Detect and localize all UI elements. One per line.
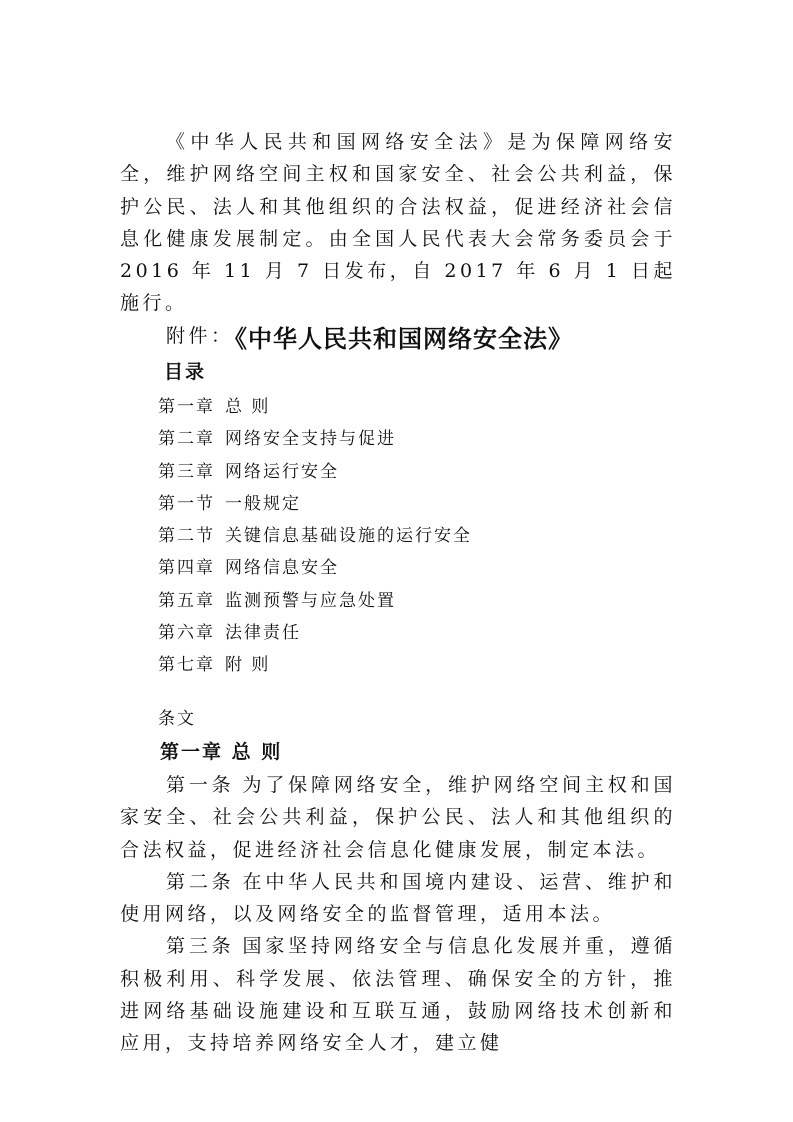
toc-item: 第一节一般规定: [158, 488, 472, 520]
toc-item: 第四章网络信息安全: [158, 552, 472, 584]
articles-label: 条文: [158, 703, 676, 735]
toc-item-title: 监测预警与应急处置: [225, 591, 396, 611]
article: 第二条在中华人民共和国境内建设、运营、维护和使用网络，以及网络安全的监督管理，适…: [120, 866, 676, 931]
article: 第一条为了保障网络安全，维护网络空间主权和国家安全、社会公共利益，保护公民、法人…: [120, 769, 676, 866]
toc-item-title: 一般规定: [225, 494, 301, 514]
table-of-contents: 第一章总 则 第二章网络安全支持与促进 第三章网络运行安全 第一节一般规定 第二…: [158, 391, 472, 682]
toc-item-number: 第五章: [158, 591, 215, 611]
toc-item-title: 附 则: [225, 655, 270, 675]
toc-item-title: 法律责任: [225, 623, 301, 643]
toc-item-title: 网络信息安全: [225, 558, 339, 578]
toc-item-number: 第一章: [158, 397, 215, 417]
article-label: 第三条: [166, 935, 235, 957]
toc-item-number: 第二节: [158, 526, 215, 546]
toc-item-number: 第三章: [158, 462, 215, 482]
article-label: 第二条: [166, 871, 235, 893]
document-page: 《中华人民共和国网络安全法》是为保障网络安全，维护网络空间主权和国家安全、社会公…: [120, 126, 676, 352]
toc-item-number: 第七章: [158, 655, 215, 675]
toc-item-number: 第六章: [158, 623, 215, 643]
toc-item: 第六章法律责任: [158, 617, 472, 649]
toc-item-number: 第二章: [158, 429, 215, 449]
articles-section: 条文 第一章 总 则 第一条为了保障网络安全，维护网络空间主权和国家安全、社会公…: [120, 703, 676, 1060]
toc-item: 第三章网络运行安全: [158, 456, 472, 488]
toc-item: 第二节关键信息基础设施的运行安全: [158, 520, 472, 552]
toc-item-number: 第四章: [158, 558, 215, 578]
article: 第三条国家坚持网络安全与信息化发展并重，遵循积极利用、科学发展、依法管理、确保安…: [120, 930, 676, 1059]
chapter-heading: 第一章 总 则: [160, 735, 676, 769]
toc-item-title: 网络安全支持与促进: [225, 429, 396, 449]
intro-paragraph: 《中华人民共和国网络安全法》是为保障网络安全，维护网络空间主权和国家安全、社会公…: [120, 126, 676, 320]
toc-heading: 目录: [164, 358, 206, 386]
toc-item-title: 网络运行安全: [225, 462, 339, 482]
toc-item: 第七章附 则: [158, 649, 472, 681]
article-label: 第一条: [166, 774, 235, 796]
toc-item: 第一章总 则: [158, 391, 472, 423]
document-title: 《中华人民共和国网络安全法》: [120, 322, 676, 356]
toc-item-number: 第一节: [158, 494, 215, 514]
toc-item: 第二章网络安全支持与促进: [158, 423, 472, 455]
toc-item-title: 关键信息基础设施的运行安全: [225, 526, 472, 546]
toc-item-title: 总 则: [225, 397, 270, 417]
toc-item: 第五章监测预警与应急处置: [158, 585, 472, 617]
